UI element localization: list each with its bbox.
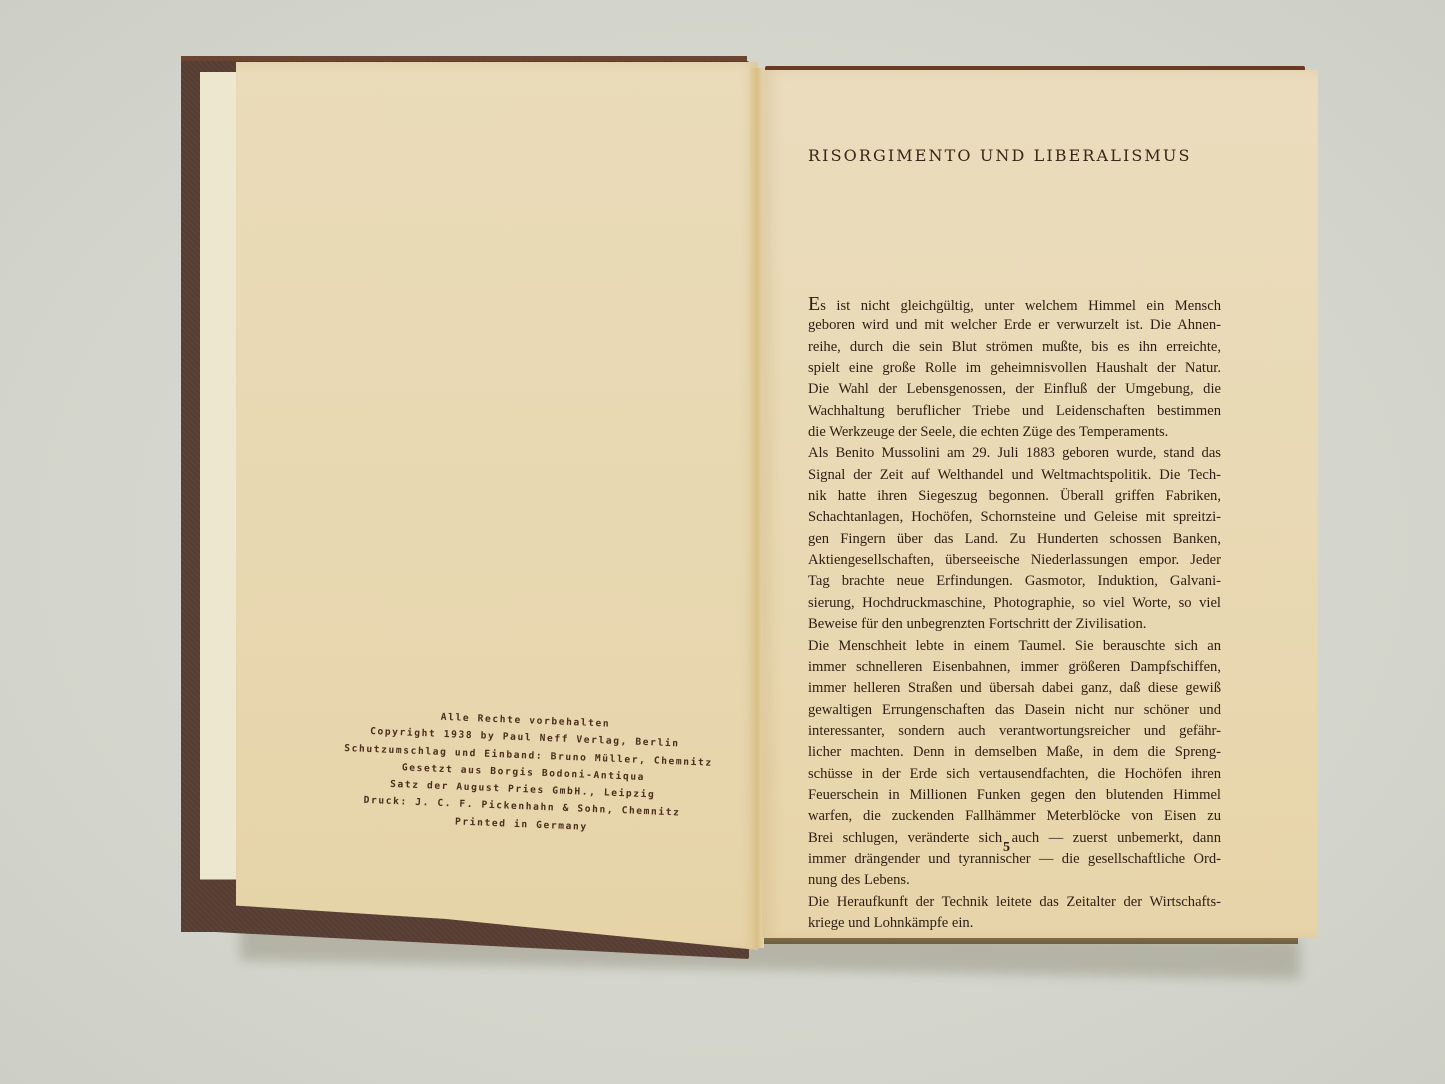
text-line: Feuerschein in Millionen Funken gegen de… — [808, 785, 1221, 806]
text-line: warfen, die zuckenden Fallhämmer Meterbl… — [808, 806, 1221, 827]
text-line: reihe, durch die sein Blut strömen mußte… — [808, 337, 1221, 358]
text-line: immer schnelleren Eisenbahnen, immer grö… — [808, 657, 1221, 678]
text-line: Aktiengesellschaften, überseeische Niede… — [808, 550, 1221, 571]
text-line: sierung, Hochdruckmaschine, Photographie… — [808, 593, 1221, 614]
text-line: Die Menschheit lebte in einem Taumel. Si… — [808, 636, 1221, 657]
chapter-title: RISORGIMENTO UND LIBERALISMUS — [808, 146, 1226, 165]
body-text: Es ist nicht gleichgültig, unter welchem… — [808, 294, 1221, 934]
text-line: kriege und Lohnkämpfe ein. — [808, 913, 1221, 934]
page-number: 5 — [1003, 840, 1010, 856]
text-line: Die Heraufkunft der Technik leitete das … — [808, 892, 1221, 913]
text-line: gewaltigen Errungenschaften das Dasein n… — [808, 700, 1221, 721]
drop-cap: E — [808, 293, 820, 315]
text-line: Schachtanlagen, Hochöfen, Schornsteine u… — [808, 507, 1221, 528]
text-line: geboren wird und mit welcher Erde er ver… — [808, 315, 1221, 336]
text-line: gen Fingern über das Land. Zu Hunderten … — [808, 529, 1221, 550]
text-line: spielt eine große Rolle im geheimnisvoll… — [808, 358, 1221, 379]
text-line: immer drängender und tyrannischer — die … — [808, 849, 1221, 870]
text-line: Es ist nicht gleichgültig, unter welchem… — [808, 294, 1221, 315]
text-line: nik hatte ihren Siegeszug begonnen. Über… — [808, 486, 1221, 507]
text-line: immer helleren Straßen und übersah dabei… — [808, 678, 1221, 699]
text-line: schüsse in der Erde sich vertausendfacht… — [808, 764, 1221, 785]
text-line: Brei schlugen, veränderte sich auch — zu… — [808, 828, 1221, 849]
text-line: nung des Lebens. — [808, 870, 1221, 891]
text-line: licher machten. Denn in demselben Maße, … — [808, 742, 1221, 763]
text-line: Signal der Zeit auf Welthandel und Weltm… — [808, 465, 1221, 486]
text-line: die Werkzeuge der Seele, die echten Züge… — [808, 422, 1221, 443]
text-line: interessanter, sondern auch verantwortun… — [808, 721, 1221, 742]
imprint-block: Alle Rechte vorbehalten Copyright 1938 b… — [341, 705, 706, 840]
text-line: Als Benito Mussolini am 29. Juli 1883 ge… — [808, 443, 1221, 464]
text-line: Tag brachte neue Erfindungen. Gasmotor, … — [808, 571, 1221, 592]
text-line: Die Wahl der Lebensgenossen, der Einfluß… — [808, 379, 1221, 400]
text-line: Beweise für den unbegrenzten Fortschritt… — [808, 614, 1221, 635]
text-line: Wachhaltung beruflicher Triebe und Leide… — [808, 401, 1221, 422]
